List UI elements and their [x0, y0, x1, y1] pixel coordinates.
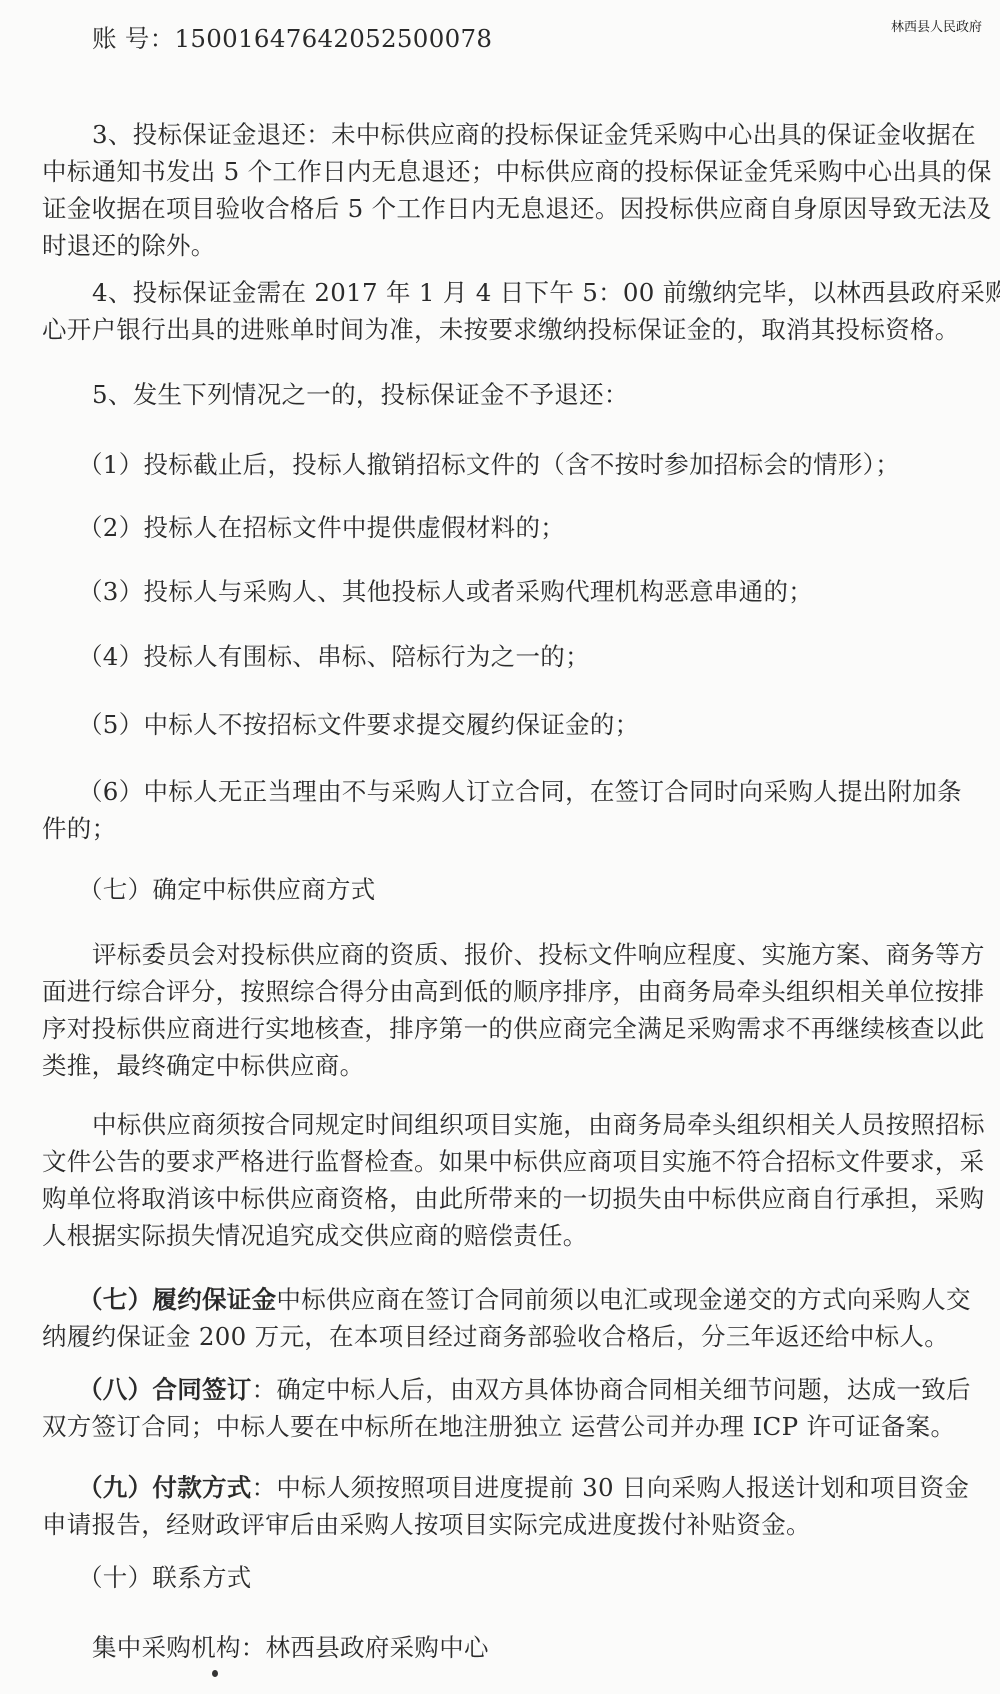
- contact-agency: 集中采购机构：林西县政府采购中心: [42, 1629, 1000, 1666]
- account-number: 账 号：15001647642052500078: [42, 20, 1000, 57]
- performance-bond-label: （七）履约保证金: [78, 1285, 276, 1314]
- contract-label: （八）合同签订: [78, 1375, 252, 1404]
- text-line: 中标通知书发出 5 个工作日内无息退还；中标供应商的投标保证金凭采购中心出具的保: [42, 153, 977, 190]
- text-line: 申请报告，经财政评审后由采购人按项目实际完成进度拨付补贴资金。: [42, 1506, 977, 1543]
- text-line: 心开户银行出具的进账单时间为准，未按要求缴纳投标保证金的，取消其投标资格。: [42, 311, 977, 348]
- forfeit-item-5: （5）中标人不按招标文件要求提交履约保证金的；: [78, 706, 1000, 743]
- forfeit-item-3: （3）投标人与采购人、其他投标人或者采购代理机构恶意串通的；: [78, 573, 1000, 610]
- text-line: 文件公告的要求严格进行监督检查。如果中标供应商项目实施不符合招标文件要求，采: [42, 1143, 977, 1180]
- deadline-paragraph: 4、投标保证金需在 2017 年 1 月 4 日下午 5：00 前缴纳完毕，以林…: [42, 274, 977, 348]
- selection-paragraph-1: 评标委员会对投标供应商的资质、报价、投标文件响应程度、实施方案、商务等方 面进行…: [42, 936, 977, 1084]
- forfeit-item-4: （4）投标人有围标、串标、陪标行为之一的；: [78, 638, 1000, 675]
- refund-paragraph: 3、投标保证金退还：未中标供应商的投标保证金凭采购中心出具的保证金收据在 中标通…: [42, 116, 977, 264]
- forfeit-item-6: （6）中标人无正当理由不与采购人订立合同，在签订合同时向采购人提出附加条 件的；: [42, 773, 977, 847]
- contract-paragraph: （八）合同签订：确定中标人后，由双方具体协商合同相关细节问题，达成一致后 双方签…: [42, 1371, 977, 1445]
- text-line: ：中标人须按照项目进度提前 30 日向采购人报送计划和项目资金: [252, 1473, 970, 1502]
- text-line: 件的；: [42, 810, 977, 847]
- text-line: 双方签订合同；中标人要在中标所在地注册独立 运营公司并办理 ICP 许可证备案。: [42, 1408, 977, 1445]
- text-line: 纳履约保证金 200 万元，在本项目经过商务部验收合格后，分三年返还给中标人。: [42, 1318, 977, 1355]
- contact-heading: （十）联系方式: [78, 1559, 1000, 1596]
- ink-dot: [212, 1670, 218, 1677]
- text-line: 证金收据在项目验收合格后 5 个工作日内无息退还。因投标供应商自身原因导致无法及: [42, 190, 977, 227]
- text-line: 4、投标保证金需在 2017 年 1 月 4 日下午 5：00 前缴纳完毕，以林…: [42, 274, 977, 311]
- text-line: 评标委员会对投标供应商的资质、报价、投标文件响应程度、实施方案、商务等方: [42, 936, 977, 973]
- text-line: 人根据实际损失情况追究成交供应商的赔偿责任。: [42, 1217, 977, 1254]
- text-line: 购单位将取消该中标供应商资格，由此所带来的一切损失由中标供应商自行承担，采购: [42, 1180, 977, 1217]
- text-line: 中标供应商在签订合同前须以电汇或现金递交的方式向采购人交: [276, 1285, 970, 1314]
- text-line: 时退还的除外。: [42, 227, 977, 264]
- selection-heading: （七）确定中标供应商方式: [78, 871, 1000, 908]
- text-line: 3、投标保证金退还：未中标供应商的投标保证金凭采购中心出具的保证金收据在: [42, 116, 977, 153]
- text-line: 序对投标供应商进行实地核查，排序第一的供应商完全满足采购需求不再继续核查以此: [42, 1010, 977, 1047]
- payment-label: （九）付款方式: [78, 1473, 252, 1502]
- payment-paragraph: （九）付款方式：中标人须按照项目进度提前 30 日向采购人报送计划和项目资金 申…: [42, 1469, 977, 1543]
- text-line: 类推，最终确定中标供应商。: [42, 1047, 977, 1084]
- selection-paragraph-2: 中标供应商须按合同规定时间组织项目实施，由商务局牵头组织相关人员按照招标 文件公…: [42, 1106, 977, 1254]
- forfeit-title: 5、发生下列情况之一的，投标保证金不予退还：: [42, 376, 1000, 413]
- text-line: （6）中标人无正当理由不与采购人订立合同，在签订合同时向采购人提出附加条: [42, 773, 977, 810]
- forfeit-item-2: （2）投标人在招标文件中提供虚假材料的；: [78, 509, 1000, 546]
- text-line: ：确定中标人后，由双方具体协商合同相关细节问题，达成一致后: [252, 1375, 971, 1404]
- text-line: 面进行综合评分，按照综合得分由高到低的顺序排序，由商务局牵头组织相关单位按排: [42, 973, 977, 1010]
- performance-bond-paragraph: （七）履约保证金中标供应商在签订合同前须以电汇或现金递交的方式向采购人交 纳履约…: [42, 1281, 977, 1355]
- text-line: 中标供应商须按合同规定时间组织项目实施，由商务局牵头组织相关人员按照招标: [42, 1106, 977, 1143]
- forfeit-item-1: （1）投标截止后，投标人撤销招标文件的（含不按时参加招标会的情形）；: [78, 446, 1000, 483]
